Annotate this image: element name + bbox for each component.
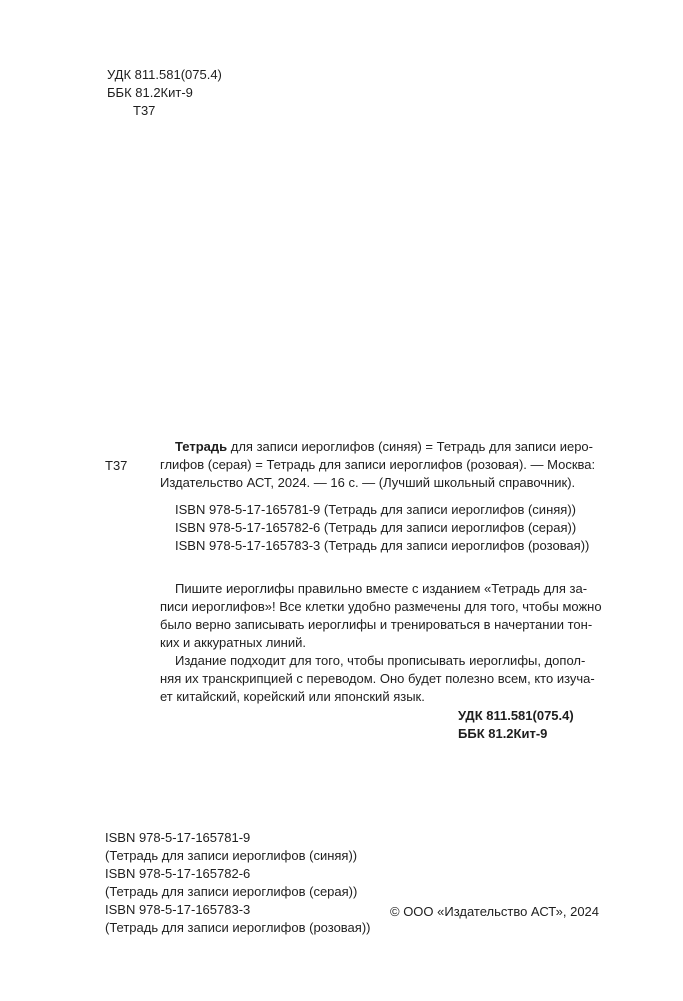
isbn-list: ISBN 978-5-17-165781-9 (Тетрадь для запи… [175, 501, 589, 555]
paragraph-line: Издание подходит для того, чтобы прописы… [160, 652, 620, 670]
record-line-1: Тетрадь для записи иероглифов (синяя) = … [160, 438, 620, 456]
udk-code: УДК 811.581(075.4) [107, 66, 222, 84]
isbn-number: ISBN 978-5-17-165783-3 [105, 901, 370, 919]
bold-bbk-code: ББК 81.2Кит-9 [458, 725, 574, 743]
record-title: Тетрадь [175, 439, 227, 454]
paragraph-line: Пишите иероглифы правильно вместе с изда… [160, 580, 620, 598]
annotation-paragraph-2: Издание подходит для того, чтобы прописы… [160, 652, 620, 706]
isbn-title: (Тетрадь для записи иероглифов (серая)) [105, 883, 370, 901]
bold-classification: УДК 811.581(075.4) ББК 81.2Кит-9 [458, 707, 574, 743]
record-author-mark: Т37 [105, 457, 127, 475]
record-line-1-text: для записи иероглифов (синяя) = Тетрадь … [227, 439, 593, 454]
annotation-paragraph-1: Пишите иероглифы правильно вместе с изда… [160, 580, 620, 652]
paragraph-line: няя их транскрипцией с переводом. Оно бу… [160, 670, 620, 688]
isbn-number: ISBN 978-5-17-165782-6 [105, 865, 370, 883]
top-classification: УДК 811.581(075.4) ББК 81.2Кит-9 Т37 [107, 66, 222, 120]
paragraph-line: было верно записывать иероглифы и тренир… [160, 616, 620, 634]
isbn-item: ISBN 978-5-17-165782-6 (Тетрадь для запи… [175, 519, 589, 537]
bottom-isbn-list: ISBN 978-5-17-165781-9 (Тетрадь для запи… [105, 829, 370, 937]
isbn-item: ISBN 978-5-17-165781-9 (Тетрадь для запи… [175, 501, 589, 519]
paragraph-line: ких и аккуратных линий. [160, 634, 620, 652]
isbn-title: (Тетрадь для записи иероглифов (синяя)) [105, 847, 370, 865]
isbn-item: ISBN 978-5-17-165783-3 (Тетрадь для запи… [175, 537, 589, 555]
bbk-code: ББК 81.2Кит-9 [107, 84, 222, 102]
record-line-3: Издательство АСТ, 2024. — 16 с. — (Лучши… [160, 474, 620, 492]
paragraph-line: писи иероглифов»! Все клетки удобно разм… [160, 598, 620, 616]
paragraph-line: ет китайский, корейский или японский язы… [160, 688, 620, 706]
record-line-2: глифов (серая) = Тетрадь для записи иеро… [160, 456, 620, 474]
bold-udk-code: УДК 811.581(075.4) [458, 707, 574, 725]
isbn-number: ISBN 978-5-17-165781-9 [105, 829, 370, 847]
bibliographic-record: Тетрадь для записи иероглифов (синяя) = … [160, 438, 620, 492]
copyright-notice: © ООО «Издательство АСТ», 2024 [390, 903, 599, 921]
author-mark: Т37 [107, 102, 222, 120]
isbn-title: (Тетрадь для записи иероглифов (розовая)… [105, 919, 370, 937]
